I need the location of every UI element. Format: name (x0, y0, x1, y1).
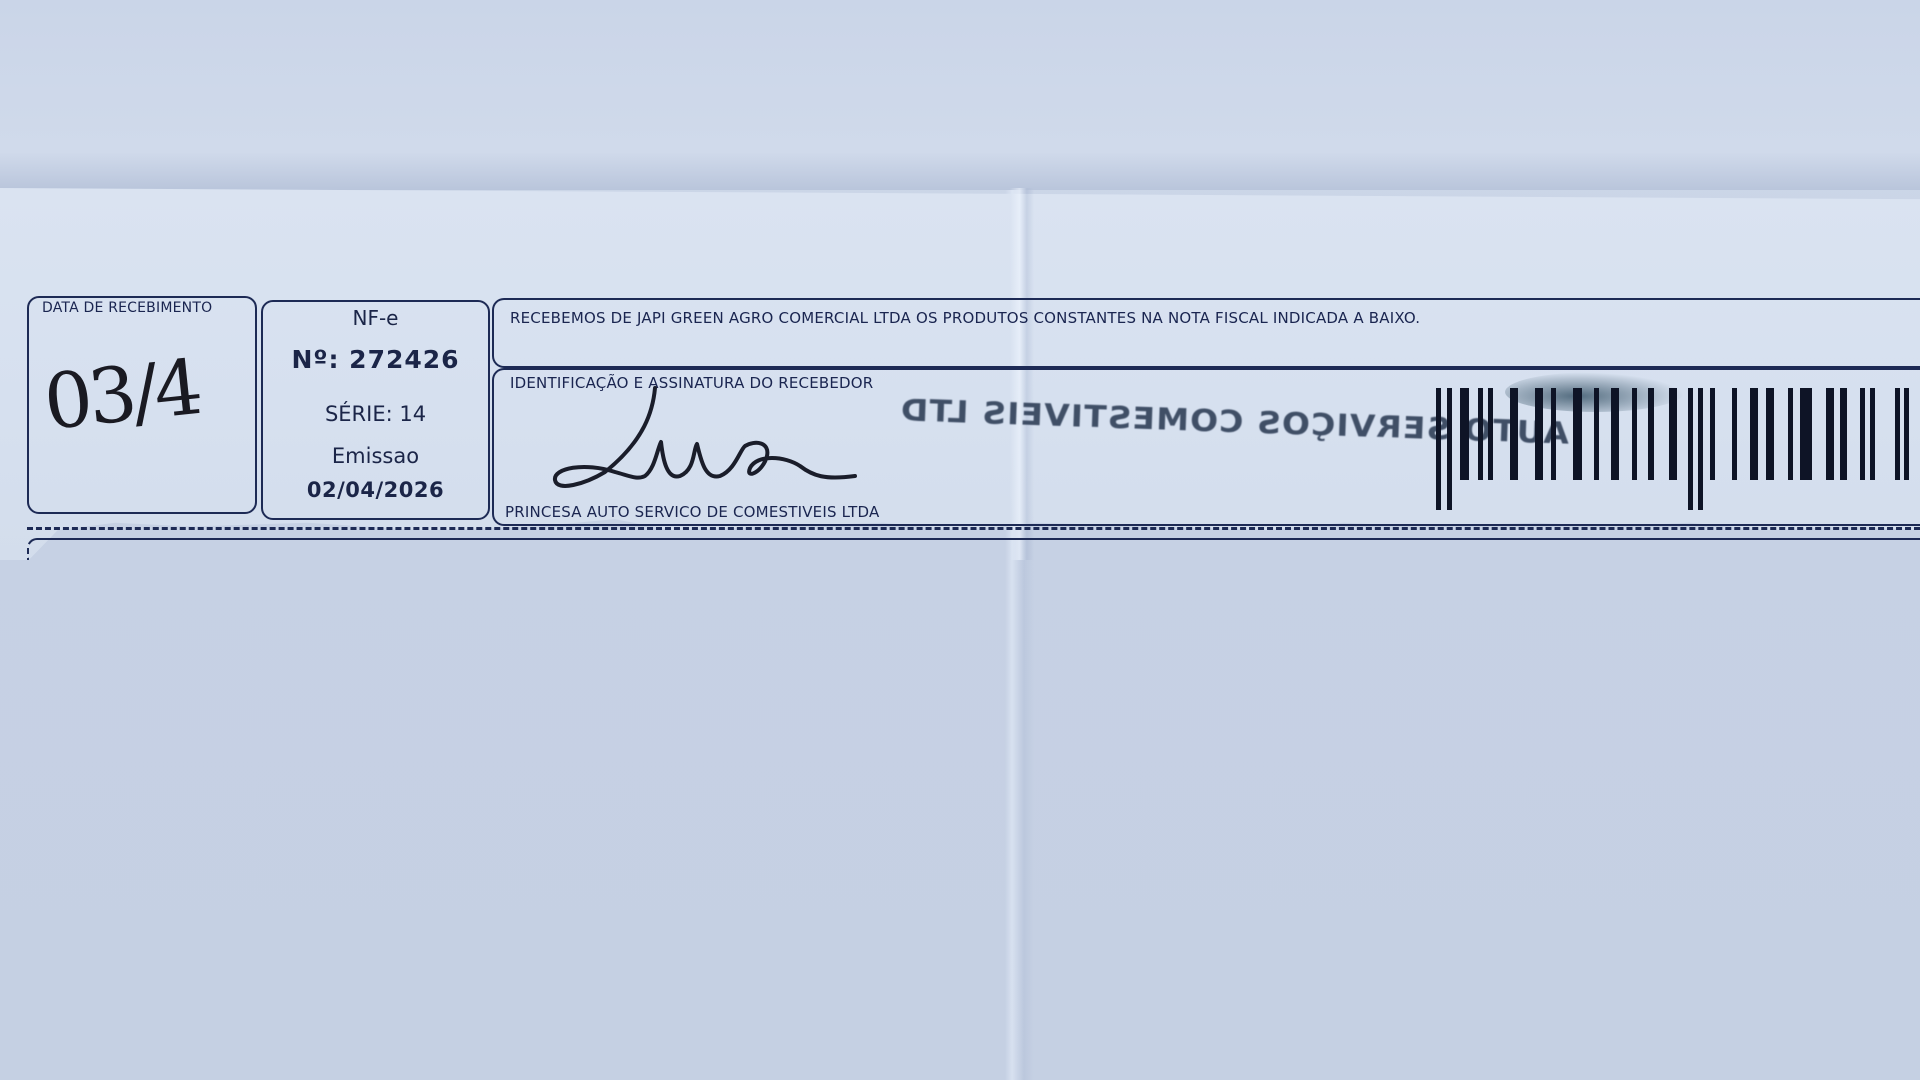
barcode-bar (1510, 388, 1518, 480)
barcode-bar (1750, 388, 1758, 480)
barcode-bar (1594, 388, 1599, 480)
folded-paper-top (0, 0, 1920, 190)
receipt-date-label: DATA DE RECEBIMENTO (42, 300, 212, 316)
barcode-bar (1447, 388, 1452, 510)
barcode-bar (1840, 388, 1847, 480)
barcode-bar (1488, 388, 1493, 480)
barcode-bar (1904, 388, 1909, 480)
nfe-issue-label: Emissao (261, 444, 490, 468)
barcode-bar (1688, 388, 1693, 510)
cut-line (27, 527, 1920, 530)
barcode-bar (1535, 388, 1543, 480)
barcode-bar (1478, 388, 1483, 480)
signature (545, 380, 865, 500)
barcode-bar (1788, 388, 1793, 480)
barcode-bar (1826, 388, 1834, 480)
barcode-bar (1860, 388, 1865, 480)
barcode-icon (1430, 388, 1910, 518)
barcode-bar (1895, 388, 1900, 480)
receipt-statement: RECEBEMOS DE JAPI GREEN AGRO COMERCIAL L… (510, 309, 1420, 327)
barcode-bar (1551, 388, 1556, 480)
barcode-bar (1460, 388, 1469, 480)
barcode-bar (1436, 388, 1441, 510)
barcode-bar (1710, 388, 1715, 480)
nfe-number: Nº: 272426 (261, 345, 490, 374)
nfe-series: SÉRIE: 14 (261, 402, 490, 426)
nfe-title: NF-e (261, 306, 490, 330)
barcode-bar (1573, 388, 1582, 480)
barcode-bar (1800, 388, 1812, 480)
barcode-bar (1766, 388, 1774, 480)
barcode-bar (1648, 388, 1654, 480)
receipt-date-handwritten: 03/4 (40, 342, 203, 447)
lower-box-edge (27, 538, 1920, 560)
receiver-company: PRINCESA AUTO SERVICO DE COMESTIVEIS LTD… (505, 503, 879, 521)
barcode-bar (1669, 388, 1677, 480)
barcode-bar (1870, 388, 1875, 480)
barcode-bar (1611, 388, 1619, 480)
barcode-bar (1632, 388, 1637, 480)
barcode-bar (1732, 388, 1737, 480)
barcode-bar (1698, 388, 1703, 510)
nfe-issue-date: 02/04/2026 (261, 478, 490, 502)
